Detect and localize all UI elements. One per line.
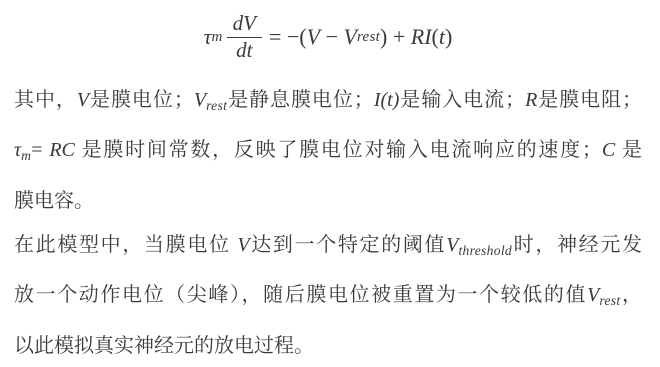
paragraph-line-5: 放一个动作电位（尖峰），随后膜电位被重置为一个较低的值Vrest，	[14, 273, 642, 323]
rest-subscript: rest	[599, 293, 620, 308]
tau-symbol: τ	[204, 24, 212, 50]
text-run: 是膜电位；	[89, 89, 194, 111]
variable-ri: RI	[411, 24, 432, 50]
variable-c: C	[602, 139, 615, 161]
text-run: 是膜电阻；	[537, 89, 642, 111]
text-run: 其中，	[14, 89, 77, 111]
paragraph-line-2: τm= RC 是膜时间常数，反映了膜电位对输入电流响应的速度；C 是	[14, 128, 642, 178]
threshold-subscript: threshold	[458, 243, 512, 258]
variable-r: R	[525, 89, 537, 111]
fraction-denominator: dt	[236, 38, 252, 63]
variable-v-rest: V	[587, 284, 599, 306]
text-run: 是静息膜电位；	[227, 89, 374, 111]
fraction-dv-dt: dV dt	[227, 12, 262, 62]
tau-subscript: m	[212, 29, 223, 46]
variable-v: V	[307, 24, 320, 50]
text-run: 以此模拟真实神经元的放电过程。	[14, 335, 314, 357]
variable-v: V	[237, 234, 249, 256]
document-page: τm dV dt = −(V − Vrest) + RI(t) 其中，V是膜电位…	[0, 0, 660, 367]
variable-i-t: I(t)	[374, 89, 400, 111]
paragraph-line-6: 以此模拟真实神经元的放电过程。	[14, 324, 642, 367]
variable-v: V	[77, 89, 89, 111]
text-run: 达到一个特定的阈值	[250, 234, 447, 256]
variable-v-rest: V	[344, 24, 357, 50]
lif-equation: τm dV dt = −(V − Vrest) + RI(t)	[14, 6, 642, 68]
variable-v-threshold: V	[446, 234, 458, 256]
fraction-numerator: dV	[227, 12, 262, 38]
close-paren: )	[445, 24, 452, 50]
paragraph-line-4: 在此模型中，当膜电位 V达到一个特定的阈值Vthreshold时，神经元发	[14, 223, 642, 273]
paragraph-line-3: 膜电容。	[14, 179, 642, 224]
close-plus-operator: ) +	[380, 24, 411, 50]
variable-v-rest: V	[194, 89, 206, 111]
variable-rc: RC	[49, 139, 75, 161]
tau-subscript: m	[21, 148, 31, 163]
open-paren: (	[432, 24, 439, 50]
text-run: 是	[615, 139, 642, 161]
text-run: 是膜时间常数，反映了膜电位对输入电流响应的速度；	[75, 139, 602, 161]
text-run: 是输入电流；	[399, 89, 525, 111]
minus-operator: −	[320, 24, 343, 50]
rest-subscript: rest	[357, 29, 380, 46]
text-run: ，	[620, 284, 642, 306]
text-run: =	[31, 139, 49, 161]
text-run: 在此模型中，当膜电位	[14, 234, 237, 256]
equals-minus-open: = −(	[269, 24, 307, 50]
text-run: 放一个动作电位（尖峰），随后膜电位被重置为一个较低的值	[14, 284, 587, 306]
text-run: 时，神经元发	[512, 234, 642, 256]
rest-subscript: rest	[206, 98, 227, 113]
text-run: 膜电容。	[14, 190, 94, 212]
paragraph-line-1: 其中，V是膜电位；Vrest是静息膜电位；I(t)是输入电流；R是膜电阻；	[14, 78, 642, 128]
